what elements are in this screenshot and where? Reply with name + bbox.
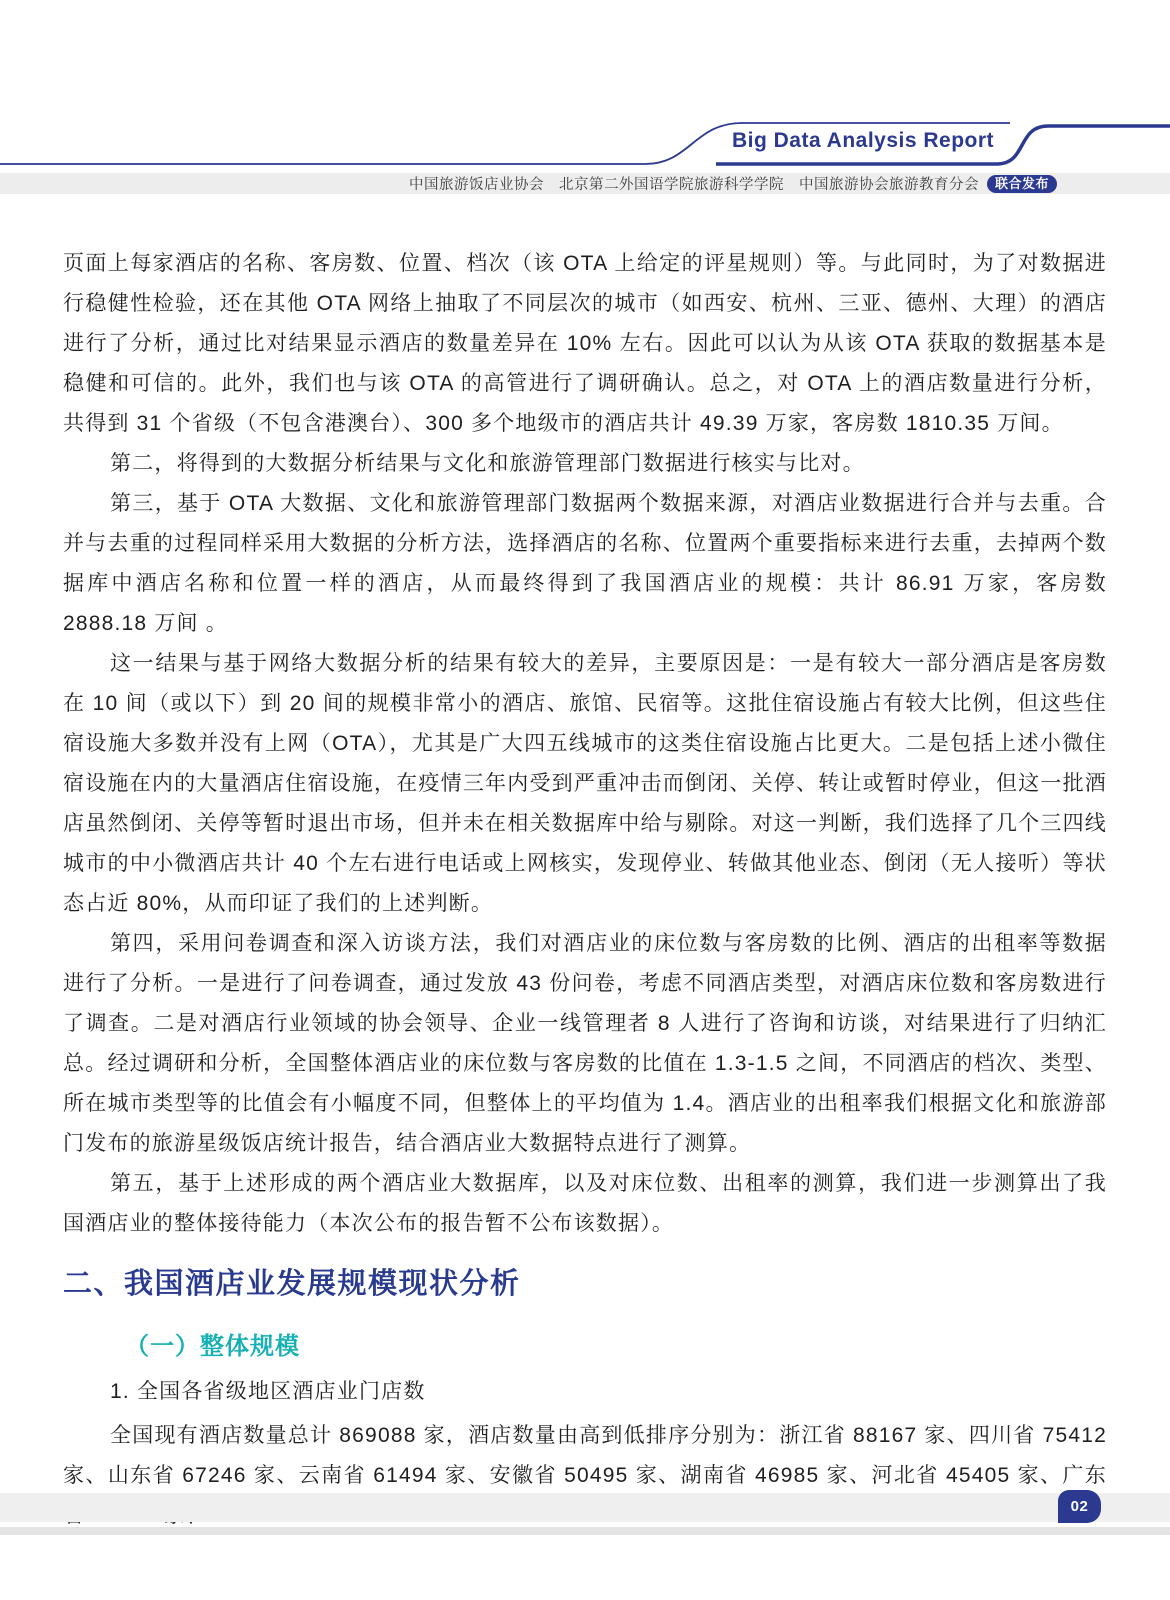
report-page: Big Data Analysis Report 中国旅游饭店业协会 北京第二外… (0, 0, 1170, 1600)
banner-title: Big Data Analysis Report (714, 129, 1012, 153)
section-heading: 二、我国酒店业发展规模现状分析 (63, 1262, 1107, 1306)
header-decoration-lines (0, 0, 1170, 200)
paragraph-third: 第三，基于 OTA 大数据、文化和旅游管理部门数据两个数据来源，对酒店业数据进行… (63, 484, 1107, 644)
publishers-band: 中国旅游饭店业协会 北京第二外国语学院旅游科学学院 中国旅游协会旅游教育分会 联… (0, 173, 1170, 194)
publish-badge: 联合发布 (987, 175, 1057, 193)
paragraph-fourth: 第四，采用问卷调查和深入访谈方法，我们对酒店业的床位数与客房数的比例、酒店的出租… (63, 924, 1107, 1164)
footer-strip (0, 1527, 1170, 1535)
page-number-badge: 02 (1058, 1490, 1101, 1523)
subsection-heading: （一）整体规模 (125, 1330, 1107, 1364)
page-body: 页面上每家酒店的名称、客房数、位置、档次（该 OTA 上给定的评星规则）等。与此… (63, 244, 1107, 1536)
paragraph-fifth: 第五，基于上述形成的两个酒店业大数据库，以及对床位数、出租率的测算，我们进一步测… (63, 1164, 1107, 1244)
paragraph-continuation: 页面上每家酒店的名称、客房数、位置、档次（该 OTA 上给定的评星规则）等。与此… (63, 244, 1107, 444)
numbered-item: 1. 全国各省级地区酒店业门店数 (63, 1378, 1107, 1406)
paragraph-second: 第二，将得到的大数据分析结果与文化和旅游管理部门数据进行核实与比对。 (63, 444, 1107, 484)
paragraph-result-diff: 这一结果与基于网络大数据分析的结果有较大的差异，主要原因是：一是有较大一部分酒店… (63, 644, 1107, 924)
footer-band (0, 1493, 1170, 1522)
publishers-text: 中国旅游饭店业协会 北京第二外国语学院旅游科学学院 中国旅游协会旅游教育分会 (409, 173, 979, 194)
